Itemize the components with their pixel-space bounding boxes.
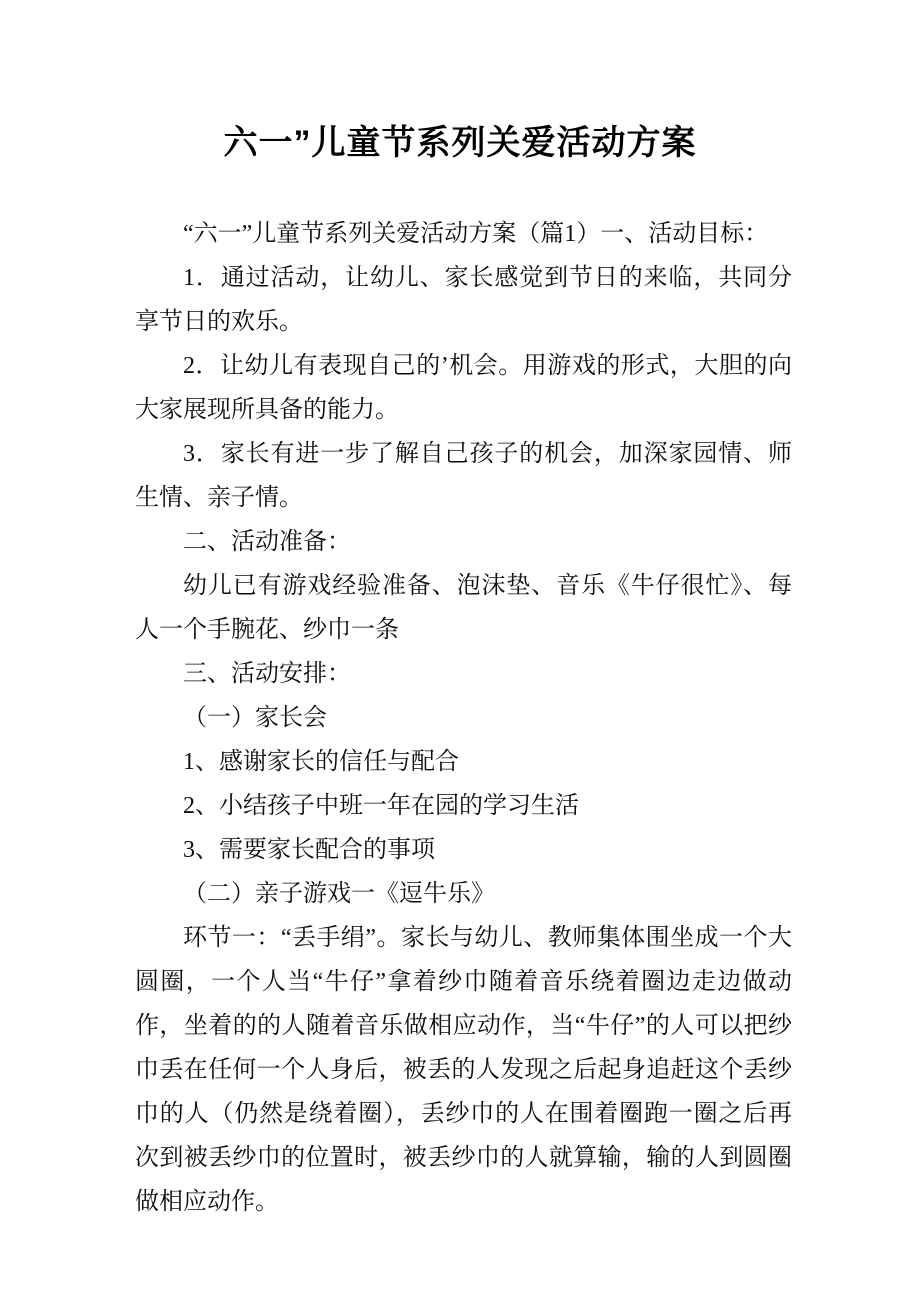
document-paragraph: 二、活动准备： [135,520,792,564]
document-paragraph: 2．让幼儿有表现自己的’机会。用游戏的形式，大胆的向大家展现所具备的能力。 [135,344,792,432]
document-paragraph: 环节一：“丢手绢”。家长与幼儿、教师集体围坐成一个大圆圈，一个人当“牛仔”拿着纱… [135,916,792,1224]
document-paragraph: （一）家长会 [135,696,792,740]
document-body: “六一”儿童节系列关爱活动方案（篇1）一、活动目标：1．通过活动，让幼儿、家长感… [135,212,792,1224]
document-paragraph: “六一”儿童节系列关爱活动方案（篇1）一、活动目标： [135,212,792,256]
document-paragraph: 1．通过活动，让幼儿、家长感觉到节日的来临，共同分享节日的欢乐。 [135,256,792,344]
document-paragraph: 三、活动安排： [135,652,792,696]
document-paragraph: 1、感谢家长的信任与配合 [135,740,792,784]
document-title: 六一”儿童节系列关爱活动方案 [0,0,920,168]
document-paragraph: 2、小结孩子中班一年在园的学习生活 [135,784,792,828]
document-paragraph: 幼儿已有游戏经验准备、泡沫垫、音乐《牛仔很忙》、每人一个手腕花、纱巾一条 [135,564,792,652]
document-page: 六一”儿童节系列关爱活动方案 “六一”儿童节系列关爱活动方案（篇1）一、活动目标… [0,0,920,1301]
document-paragraph: 3、需要家长配合的事项 [135,828,792,872]
document-paragraph: （二）亲子游戏一《逗牛乐》 [135,872,792,916]
document-paragraph: 3．家长有进一步了解自己孩子的机会，加深家园情、师生情、亲子情。 [135,432,792,520]
